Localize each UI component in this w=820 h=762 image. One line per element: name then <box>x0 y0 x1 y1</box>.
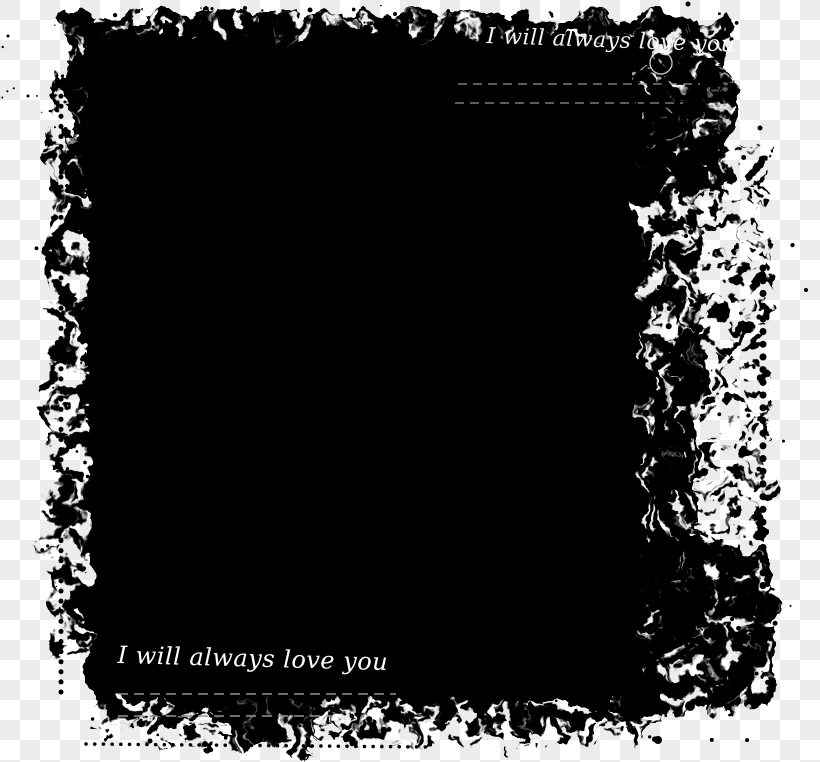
ink-right-streaks <box>596 330 702 630</box>
grunge-stamp-graphic <box>0 0 820 762</box>
ink-left-spatter-band <box>46 70 100 660</box>
ink-bottom-sparse-band <box>110 695 655 745</box>
artwork-canvas: I will always love you I will always lov… <box>0 0 820 762</box>
ink-bottom-streaks <box>225 688 317 748</box>
